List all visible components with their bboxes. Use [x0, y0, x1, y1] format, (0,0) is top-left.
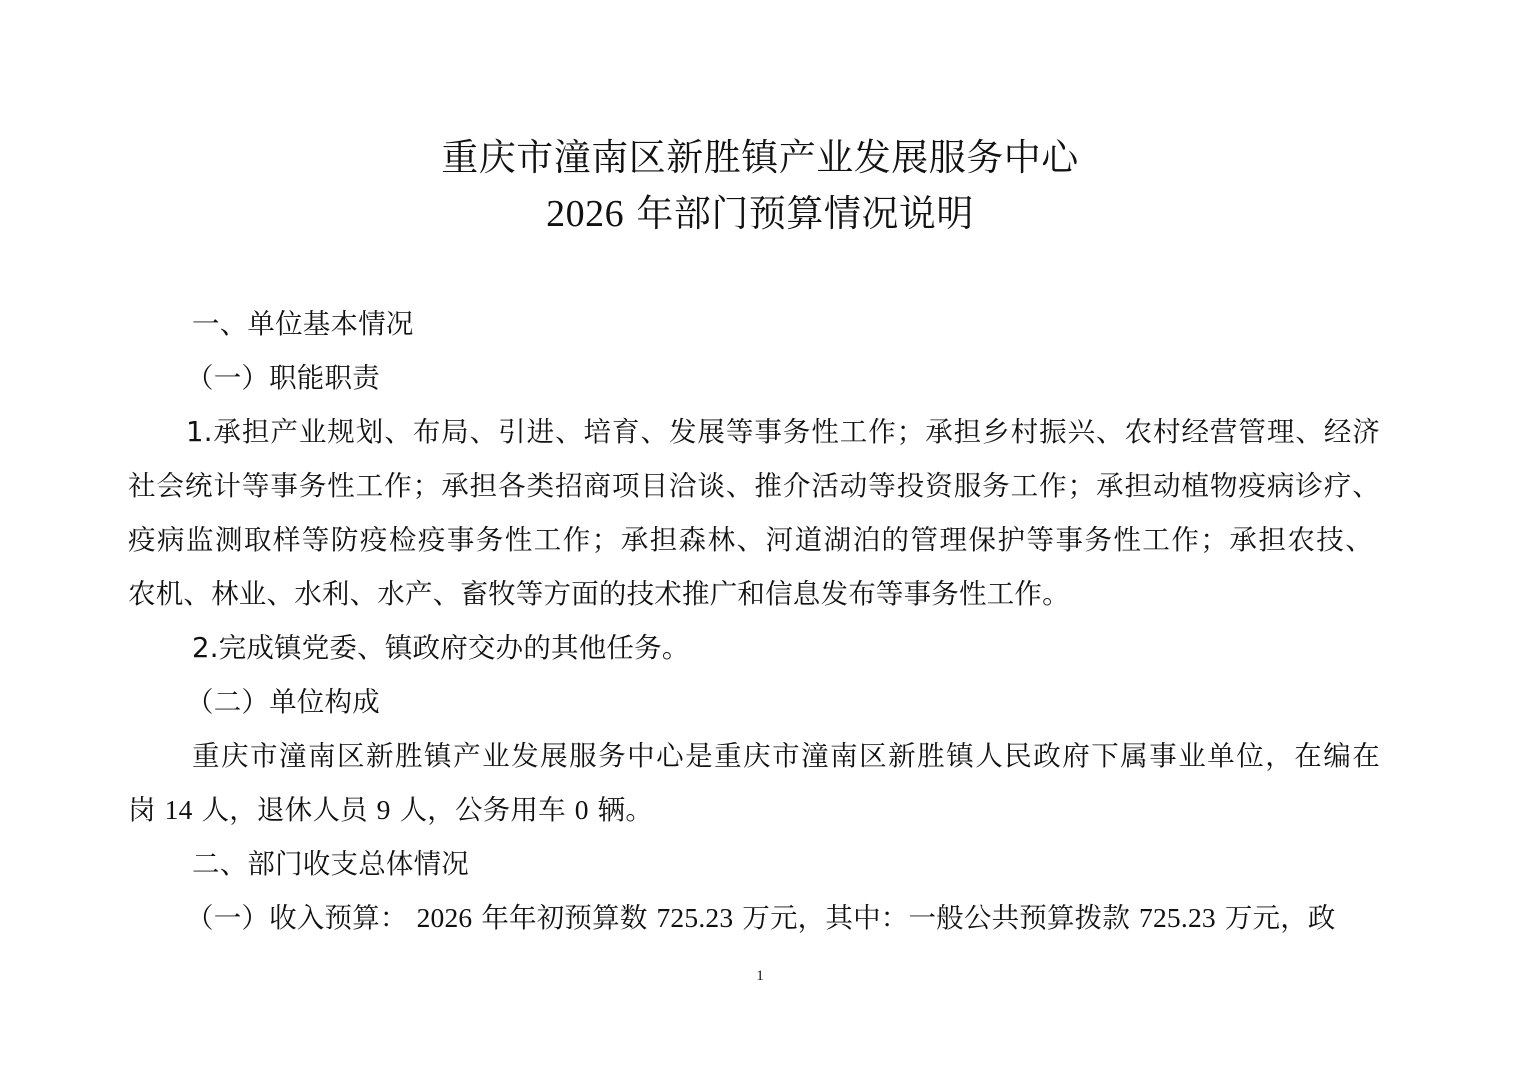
document-page: 重庆市潼南区新胜镇产业发展服务中心 2026 年部门预算情况说明 一、单位基本情…: [0, 0, 1520, 1074]
text-fragment: （一）收入预算：: [186, 902, 408, 934]
title-text: 年部门预算情况说明: [636, 192, 974, 235]
document-title-line-1: 重庆市潼南区新胜镇产业发展服务中心: [0, 136, 1520, 180]
vehicle-count: 0: [575, 794, 589, 825]
section-2-heading: 二、部门收支总体情况: [192, 846, 469, 882]
title-organization: 重庆市潼南区新胜镇产业发展服务中心: [441, 136, 1079, 179]
document-title-line-2: 2026 年部门预算情况说明: [0, 192, 1520, 236]
text-fragment: 人，退休人员: [202, 794, 368, 826]
general-public-budget-amount: 725.23: [1139, 902, 1216, 933]
duty-item-2: 2.完成镇党委、镇政府交办的其他任务。: [192, 630, 690, 666]
text-fragment: 辆。: [598, 794, 653, 826]
duty-item-1-line-1: 1.承担产业规划、布局、引进、培育、发展等事务性工作；承担乡村振兴、农村经营管理…: [186, 414, 1380, 450]
income-budget-line: （一）收入预算： 2026 年年初预算数 725.23 万元，其中：一般公共预算…: [186, 900, 1336, 936]
duty-item-1-line-4: 农机、林业、水利、水产、畜牧等方面的技术推广和信息发布等事务性工作。: [128, 576, 1070, 612]
section-1-heading: 一、单位基本情况: [192, 306, 414, 342]
duty-item-1-line-3: 疫病监测取样等防疫检疫事务性工作；承担森林、河道湖泊的管理保护等事务性工作；承担…: [128, 522, 1373, 558]
unit-composition-line-2: 岗 14 人，退休人员 9 人，公务用车 0 辆。: [128, 792, 653, 828]
unit-composition-line-1: 重庆市潼南区新胜镇产业发展服务中心是重庆市潼南区新胜镇人民政府下属事业单位，在编…: [192, 738, 1380, 774]
retired-count: 9: [377, 794, 391, 825]
text-fragment: 年年初预算数: [481, 902, 647, 934]
section-1-sub-1-heading: （一）职能职责: [186, 360, 380, 396]
duty-item-1-line-2: 社会统计等事务性工作；承担各类招商项目洽谈、推介活动等投资服务工作；承担动植物疫…: [128, 468, 1380, 504]
section-1-sub-2-heading: （二）单位构成: [186, 684, 380, 720]
budget-year: 2026: [417, 902, 473, 933]
text-fragment: 万元，其中：一般公共预算拨款: [742, 902, 1130, 934]
text-fragment: 万元，政: [1225, 902, 1336, 934]
title-year: 2026: [546, 193, 624, 235]
page-number: 1: [0, 966, 1520, 986]
total-budget-amount: 725.23: [656, 902, 733, 933]
text-fragment: 岗: [128, 794, 156, 826]
staff-count: 14: [165, 794, 193, 825]
text-fragment: 人，公务用车: [400, 794, 566, 826]
